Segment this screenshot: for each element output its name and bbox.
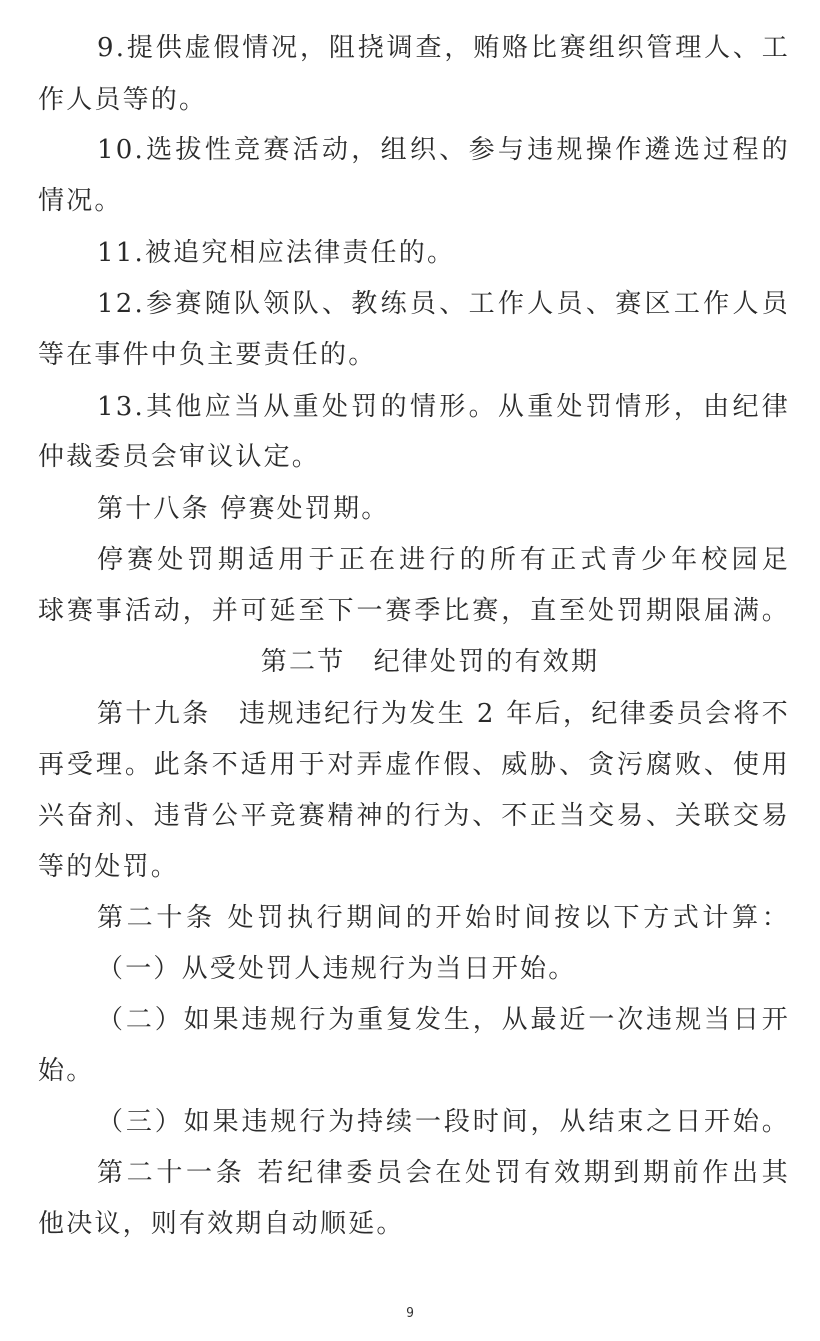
article-19-line-2: 再受理。此条不适用于对弄虚作假、威胁、贪污腐败、使用 bbox=[38, 745, 790, 785]
item-13-line-1: 13.其他应当从重处罚的情形。从重处罚情形，由纪律 bbox=[97, 387, 790, 427]
document-page: 9.提供虚假情况，阻挠调查，贿赂比赛组织管理人、工 作人员等的。 10.选拔性竞… bbox=[0, 0, 820, 1341]
item-11: 11.被追究相应法律责任的。 bbox=[97, 233, 790, 273]
article-20-item-1: （一）从受处罚人违规行为当日开始。 bbox=[97, 949, 790, 989]
article-18-body-line-1: 停赛处罚期适用于正在进行的所有正式青少年校园足 bbox=[97, 540, 790, 580]
item-10-line-1: 10.选拔性竞赛活动，组织、参与违规操作遴选过程的 bbox=[97, 130, 790, 170]
article-20-lead: 第二十条 处罚执行期间的开始时间按以下方式计算： bbox=[97, 898, 790, 938]
article-18-body-line-2: 球赛事活动，并可延至下一赛季比赛，直至处罚期限届满。 bbox=[38, 591, 790, 631]
article-21-line-1: 第二十一条 若纪律委员会在处罚有效期到期前作出其 bbox=[97, 1153, 790, 1193]
item-13-line-2: 仲裁委员会审议认定。 bbox=[38, 437, 790, 477]
article-20-item-2-line-1: （二）如果违规行为重复发生，从最近一次违规当日开 bbox=[97, 1000, 790, 1040]
item-10-line-2: 情况。 bbox=[38, 181, 790, 221]
article-19-line-1: 第十九条 违规违纪行为发生 2 年后，纪律委员会将不 bbox=[97, 694, 790, 734]
article-19-line-4: 等的处罚。 bbox=[38, 847, 790, 887]
article-19-line-3: 兴奋剂、违背公平竞赛精神的行为、不正当交易、关联交易 bbox=[38, 796, 790, 836]
item-9-line-2: 作人员等的。 bbox=[38, 80, 790, 120]
section-heading: 第二节 纪律处罚的有效期 bbox=[0, 642, 820, 682]
item-12-line-2: 等在事件中负主要责任的。 bbox=[38, 335, 790, 375]
article-20-item-2-line-2: 始。 bbox=[38, 1051, 790, 1091]
item-12-line-1: 12.参赛随队领队、教练员、工作人员、赛区工作人员 bbox=[97, 284, 790, 324]
article-18-title: 第十八条 停赛处罚期。 bbox=[97, 489, 790, 529]
item-9-line-1: 9.提供虚假情况，阻挠调查，贿赂比赛组织管理人、工 bbox=[97, 28, 790, 68]
article-20-item-3: （三）如果违规行为持续一段时间，从结束之日开始。 bbox=[97, 1102, 790, 1142]
article-21-line-2: 他决议，则有效期自动顺延。 bbox=[38, 1204, 790, 1244]
page-number: 9 bbox=[0, 1306, 820, 1321]
